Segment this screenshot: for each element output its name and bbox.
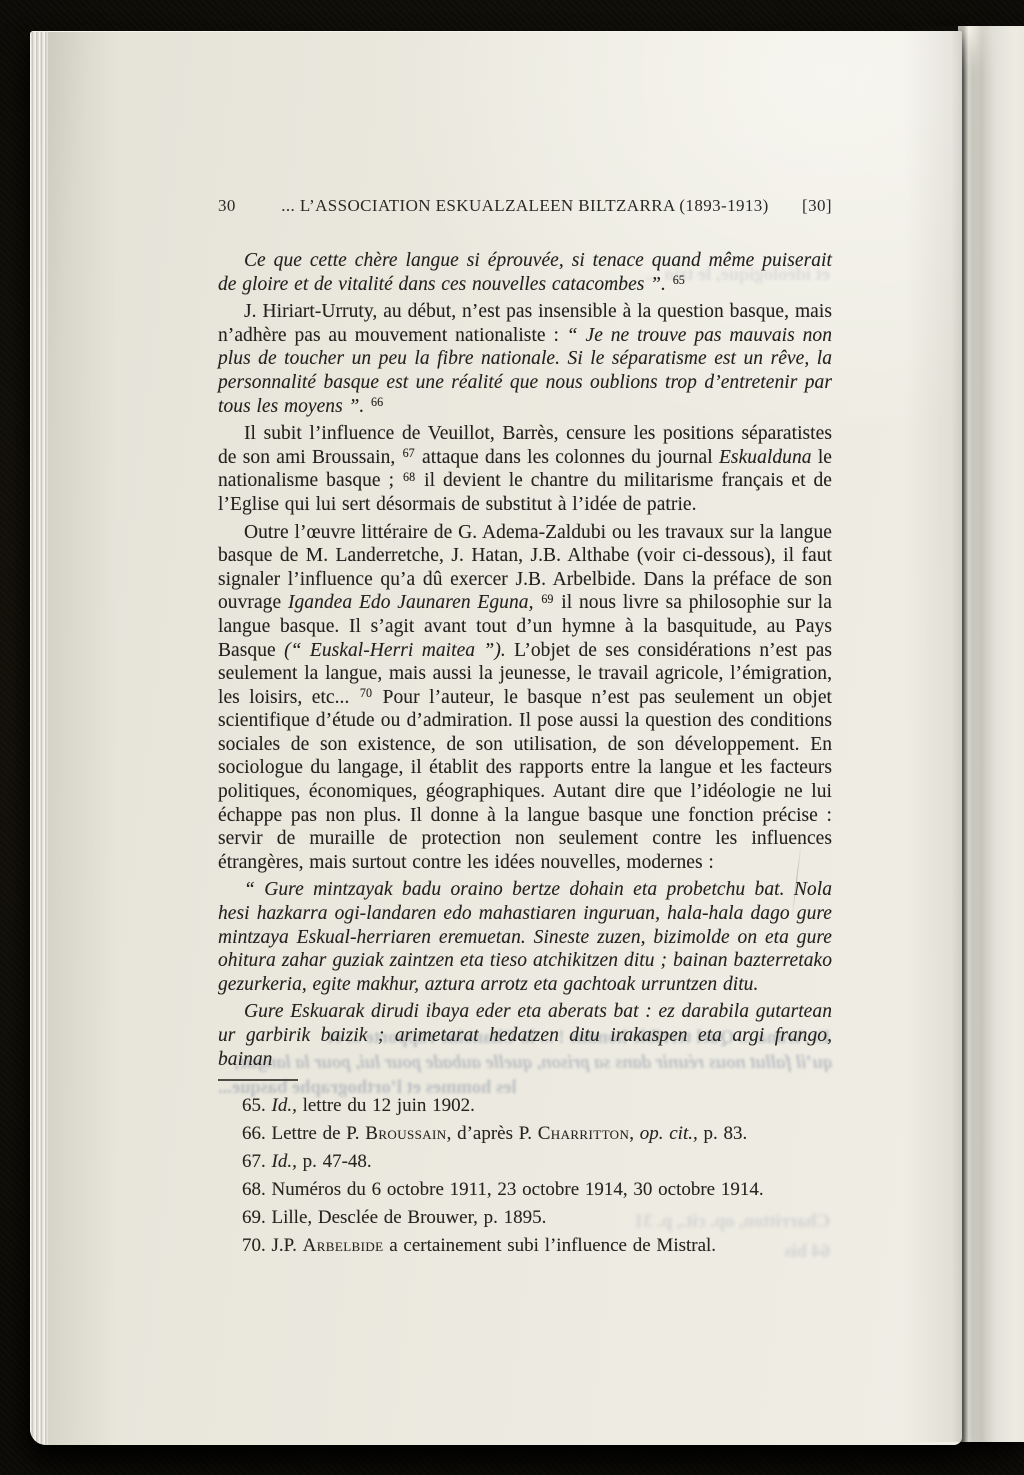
footnote-rule (218, 1079, 298, 1081)
footnotes: 65. Id., lettre du 12 juin 1902. 66. Let… (218, 1079, 832, 1263)
footnote-65: 65. Id., lettre du 12 juin 1902. (218, 1095, 832, 1117)
facing-page (958, 26, 1024, 1442)
book-photo: Et Arana ... Quel terrible homme ! ... l… (0, 0, 1024, 1475)
page-number-bracket: [30] (769, 196, 832, 216)
page-edge-shade (48, 32, 118, 1445)
running-title: ... L’ASSOCIATION ESKUALZALEEN BILTZARRA… (281, 196, 769, 216)
footnote-67: 67. Id., p. 47-48. (218, 1151, 832, 1173)
paragraph: Outre l’œuvre littéraire de G. Adema-Zal… (218, 521, 832, 875)
footnote-68: 68. Numéros du 6 octobre 1911, 23 octobr… (218, 1179, 832, 1201)
basque-quote-paragraph: “ Gure mintzayak badu oraino bertze doha… (218, 878, 832, 996)
basque-quote-paragraph: Gure Eskuarak dirudi ibaya eder eta aber… (218, 1000, 832, 1071)
text-block: 30 ... L’ASSOCIATION ESKUALZALEEN BILTZA… (218, 196, 832, 1075)
footnote-69: 69. Lille, Desclée de Brouwer, p. 1895. (218, 1207, 832, 1229)
footnote-66: 66. Lettre de P. Broussain, d’après P. C… (218, 1123, 832, 1145)
quote-paragraph: Ce que cette chère langue si éprouvée, s… (218, 249, 832, 296)
page-stack-edge (30, 32, 48, 1445)
footnote-70: 70. J.P. Arbelbide a certainement subi l… (218, 1235, 832, 1257)
page-number: 30 (218, 196, 281, 216)
paragraph: J. Hiriart-Urruty, au début, n’est pas i… (218, 300, 832, 418)
page-header: 30 ... L’ASSOCIATION ESKUALZALEEN BILTZA… (218, 196, 832, 216)
paragraph: Il subit l’influence de Veuillot, Barrès… (218, 422, 832, 516)
